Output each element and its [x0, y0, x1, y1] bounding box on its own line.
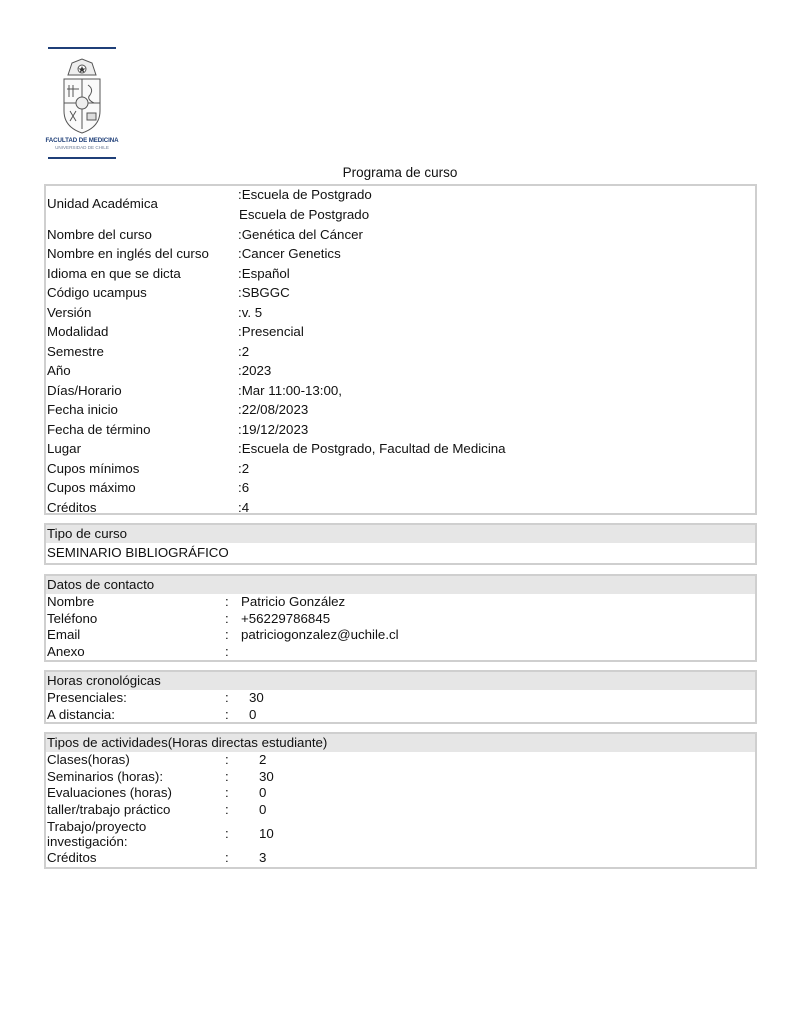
info-value: :2 [238, 461, 249, 476]
info-label: Días/Horario [47, 383, 122, 398]
row-separator: : [225, 818, 229, 850]
row-separator: : [225, 769, 229, 786]
info-label: Año [47, 363, 71, 378]
info-value: :19/12/2023 [238, 422, 308, 437]
info-label: Idioma en que se dicta [47, 266, 181, 281]
info-value: :22/08/2023 [238, 402, 308, 417]
row-label: Anexo [47, 644, 85, 661]
row-value: Patricio González [241, 594, 345, 611]
info-row: Versión:v. 5 [46, 305, 755, 325]
info-label: Fecha inicio [47, 402, 118, 417]
info-label: Versión [47, 305, 91, 320]
info-row: Año:2023 [46, 363, 755, 383]
info-value: :Escuela de Postgrado, Facultad de Medic… [238, 441, 506, 456]
activities-row: Trabajo/proyectoinvestigación::10 [46, 818, 755, 850]
info-row-unidad: Unidad Académica :Escuela de Postgrado E… [46, 187, 755, 225]
row-label: Clases(horas) [47, 752, 130, 769]
activities-row: Clases(horas):2 [46, 752, 755, 769]
course-info-section: Unidad Académica :Escuela de Postgrado E… [44, 184, 757, 515]
info-value: :Escuela de Postgrado [238, 187, 372, 202]
info-label: Código ucampus [47, 285, 147, 300]
row-separator: : [225, 690, 229, 707]
info-value: :6 [238, 480, 249, 495]
info-row: Días/Horario:Mar 11:00-13:00, [46, 383, 755, 403]
info-value: :2 [238, 344, 249, 359]
row-label: Evaluaciones (horas) [47, 785, 172, 802]
faculty-logo: FACULTAD DE MEDICINA UNIVERSIDAD DE CHIL… [44, 45, 120, 163]
info-row: Fecha inicio:22/08/2023 [46, 402, 755, 422]
info-value: :v. 5 [238, 305, 262, 320]
logo-title: FACULTAD DE MEDICINA [44, 137, 120, 144]
hours-section: Horas cronológicas Presenciales::30A dis… [44, 670, 757, 724]
course-type-section: Tipo de curso SEMINARIO BIBLIOGRÁFICO [44, 523, 757, 565]
info-row: Fecha de término:19/12/2023 [46, 422, 755, 442]
hours-row: Presenciales::30 [46, 690, 755, 707]
row-value: 3 [259, 850, 266, 867]
info-row: Código ucampus:SBGGC [46, 285, 755, 305]
logo-divider [48, 47, 116, 49]
row-separator: : [225, 611, 229, 628]
document-title: Programa de curso [0, 165, 800, 180]
info-value: :Mar 11:00-13:00, [238, 383, 342, 398]
row-label: Teléfono [47, 611, 97, 628]
logo-subtitle: UNIVERSIDAD DE CHILE [44, 145, 120, 150]
row-value: 30 [259, 769, 274, 786]
row-value: +56229786845 [241, 611, 330, 628]
activities-section: Tipos de actividades(Horas directas estu… [44, 732, 757, 869]
row-label-line: investigación: [47, 834, 146, 849]
info-label: Modalidad [47, 324, 108, 339]
info-row: Nombre del curso:Genética del Cáncer [46, 227, 755, 247]
section-header: Tipo de curso [46, 525, 755, 543]
contact-section: Datos de contacto Nombre:Patricio Gonzál… [44, 574, 757, 662]
row-value: 2 [259, 752, 266, 769]
row-value: patriciogonzalez@uchile.cl [241, 627, 399, 644]
row-value: 0 [249, 707, 256, 724]
info-label: Créditos [47, 500, 97, 515]
row-value: 30 [249, 690, 264, 707]
info-value: :Español [238, 266, 290, 281]
row-value: 0 [259, 802, 266, 819]
info-label: Cupos máximo [47, 480, 136, 495]
contact-row: Nombre:Patricio González [46, 594, 755, 611]
course-type-value: SEMINARIO BIBLIOGRÁFICO [46, 543, 755, 563]
info-value: :Cancer Genetics [238, 246, 341, 261]
info-row: Modalidad:Presencial [46, 324, 755, 344]
info-label: Fecha de término [47, 422, 150, 437]
logo-divider [48, 157, 116, 159]
row-label: taller/trabajo práctico [47, 802, 170, 819]
info-row: Lugar:Escuela de Postgrado, Facultad de … [46, 441, 755, 461]
info-row: Cupos mínimos:2 [46, 461, 755, 481]
row-separator: : [225, 850, 229, 867]
info-value: :4 [238, 500, 249, 515]
row-separator: : [225, 785, 229, 802]
info-label: Nombre del curso [47, 227, 152, 242]
section-header: Datos de contacto [46, 576, 755, 594]
row-separator: : [225, 627, 229, 644]
activities-row: taller/trabajo práctico:0 [46, 802, 755, 819]
university-crest-icon [58, 55, 106, 135]
info-value: :Presencial [238, 324, 304, 339]
info-row: Nombre en inglés del curso:Cancer Geneti… [46, 246, 755, 266]
section-header: Horas cronológicas [46, 672, 755, 690]
activities-row: Evaluaciones (horas):0 [46, 785, 755, 802]
section-header: Tipos de actividades(Horas directas estu… [46, 734, 755, 752]
row-label: Nombre [47, 594, 94, 611]
activities-row: Seminarios (horas)::30 [46, 769, 755, 786]
row-separator: : [225, 802, 229, 819]
info-label: Unidad Académica [47, 196, 158, 211]
info-row: Idioma en que se dicta:Español [46, 266, 755, 286]
contact-row: Anexo: [46, 644, 755, 661]
contact-row: Email:patriciogonzalez@uchile.cl [46, 627, 755, 644]
row-separator: : [225, 707, 229, 724]
row-label: Trabajo/proyectoinvestigación: [47, 819, 146, 849]
row-label-line: Trabajo/proyecto [47, 819, 146, 834]
info-value: :Genética del Cáncer [238, 227, 363, 242]
row-separator: : [225, 752, 229, 769]
info-label: Cupos mínimos [47, 461, 139, 476]
hours-row: A distancia::0 [46, 707, 755, 724]
row-separator: : [225, 594, 229, 611]
info-value: :SBGGC [238, 285, 290, 300]
row-label: Seminarios (horas): [47, 769, 163, 786]
row-value: 10 [259, 818, 274, 850]
info-label: Lugar [47, 441, 81, 456]
row-label: Email [47, 627, 80, 644]
info-row: Semestre:2 [46, 344, 755, 364]
info-value: :2023 [238, 363, 271, 378]
row-label: Presenciales: [47, 690, 127, 707]
row-label: A distancia: [47, 707, 115, 724]
row-separator: : [225, 644, 229, 661]
info-label: Semestre [47, 344, 104, 359]
row-value: 0 [259, 785, 266, 802]
info-value-secondary: Escuela de Postgrado [239, 207, 369, 222]
info-label: Nombre en inglés del curso [47, 246, 209, 261]
info-row: Créditos:4 [46, 500, 755, 520]
info-row: Cupos máximo:6 [46, 480, 755, 500]
row-label: Créditos [47, 850, 97, 867]
contact-row: Teléfono:+56229786845 [46, 611, 755, 628]
activities-row: Créditos:3 [46, 850, 755, 867]
